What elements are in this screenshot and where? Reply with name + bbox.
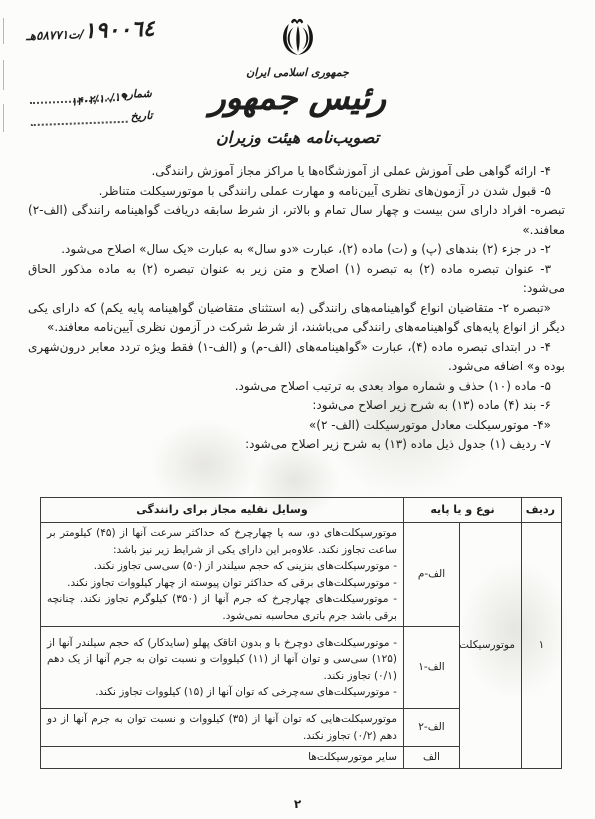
header-vehicles: وسایل نقلیه مجاز برای رانندگی — [41, 498, 404, 523]
note-2-license-holders: «تبصره ۲- متقاضیان انواع گواهینامه‌های ر… — [28, 299, 565, 338]
letterhead-office-title: رئیس جمهور — [0, 78, 595, 117]
scanned-document-page: ١٩٠٠٦٤/ت٥٨٧٧١هـ شماره تاریخ ۱۴۰۲/۱۰/۱۹ ج… — [0, 0, 595, 819]
header-type-grade: نوع و یا پایه — [403, 498, 521, 523]
description-cell-alef: سایر موتورسیکلت‌ها — [41, 747, 404, 769]
license-table-container: ردیف نوع و یا پایه وسایل نقلیه مجاز برای… — [40, 497, 562, 769]
scan-artifact — [3, 18, 4, 44]
description-line: - موتورسیکلت‌های برقی که حداکثر توان پیو… — [47, 575, 397, 592]
amendment-3: ۳- عنوان تبصره ماده (۲) به تبصره (۱) اصل… — [28, 260, 565, 299]
description-line: سایر موتورسیکلت‌ها — [47, 749, 397, 766]
description-line: موتورسیکلت‌های دو، سه یا چهارچرخ که حداک… — [47, 525, 397, 558]
ref-number-main: ١٩٠٠٦٤ — [83, 17, 155, 44]
amendment-5: ۵- ماده (۱۰) حذف و شماره مواد بعدی به تر… — [28, 377, 565, 397]
grade-cell-alef: الف — [403, 747, 459, 769]
grade-cell-alef-2: الف-۲ — [403, 709, 459, 747]
description-line: - موتورسیکلت‌های بنزینی که حجم سیلندر از… — [47, 558, 397, 575]
letterhead-doc-type: تصویب‌نامه هیئت وزیران — [0, 128, 595, 147]
table-row: ۱ موتورسیکلت الف-م موتورسیکلت‌های دو، سه… — [41, 523, 562, 627]
grade-cell-alef-m: الف-م — [403, 523, 459, 627]
description-line: - موتورسیکلت‌های سه‌چرخی که توان آنها از… — [47, 684, 397, 701]
ref-number-suffix: /ت٥٨٧٧١هـ — [26, 27, 84, 43]
note-age-exemption: تبصره- افراد دارای سن بیست و چهار سال تم… — [28, 201, 565, 240]
clause-5-exams: ۵- قبول شدن در آزمون‌های نظری آیین‌نامه … — [28, 182, 565, 202]
description-cell-alef-2: موتورسیکلت‌هایی که توان آنها از (۳۵) کیل… — [41, 709, 404, 747]
license-grades-table: ردیف نوع و یا پایه وسایل نقلیه مجاز برای… — [40, 497, 562, 769]
description-line: موتورسیکلت‌هایی که توان آنها از (۳۵) کیل… — [47, 711, 397, 744]
description-line: - موتورسیکلت‌های دوچرخ با و بدون اتاقک پ… — [47, 635, 397, 685]
handwritten-ref-number: ١٩٠٠٦٤/ت٥٨٧٧١هـ — [26, 15, 207, 46]
clause-4-training: ۴- ارائه گواهی طی آموزش عملی از آموزشگاه… — [28, 162, 565, 182]
vehicle-type-cell: موتورسیکلت — [460, 523, 522, 769]
amendment-2: ۲- در جزء (۲) بندهای (پ) و (ت) ماده (۲)،… — [28, 240, 565, 260]
amendment-7: ۷- ردیف (۱) جدول ذیل ماده (۱۳) به شرح زی… — [28, 435, 565, 455]
header-radif: ردیف — [522, 498, 562, 523]
amendment-6-text: «۴- موتورسیکلت معادل موتورسیکلت (الف- ۲)… — [28, 416, 565, 436]
description-line: - موتورسیکلت‌های چهارچرخ که جرم آنها از … — [47, 591, 397, 624]
row-number-cell: ۱ — [522, 523, 562, 769]
table-header-row: ردیف نوع و یا پایه وسایل نقلیه مجاز برای… — [41, 498, 562, 523]
description-cell-alef-1: - موتورسیکلت‌های دوچرخ با و بدون اتاقک پ… — [41, 627, 404, 709]
amendment-4: ۴- در ابتدای تبصره ماده (۴)، عبارت «گواه… — [28, 338, 565, 377]
description-cell-alef-m: موتورسیکلت‌های دو، سه یا چهارچرخ که حداک… — [41, 523, 404, 627]
amendment-6: ۶- بند (۴) ماده (۱۳) به شرح زیر اصلاح می… — [28, 396, 565, 416]
decree-body: ۴- ارائه گواهی طی آموزش عملی از آموزشگاه… — [28, 162, 565, 455]
iran-emblem-icon — [277, 13, 319, 67]
grade-cell-alef-1: الف-۱ — [403, 627, 459, 709]
page-number: ۲ — [0, 797, 595, 811]
